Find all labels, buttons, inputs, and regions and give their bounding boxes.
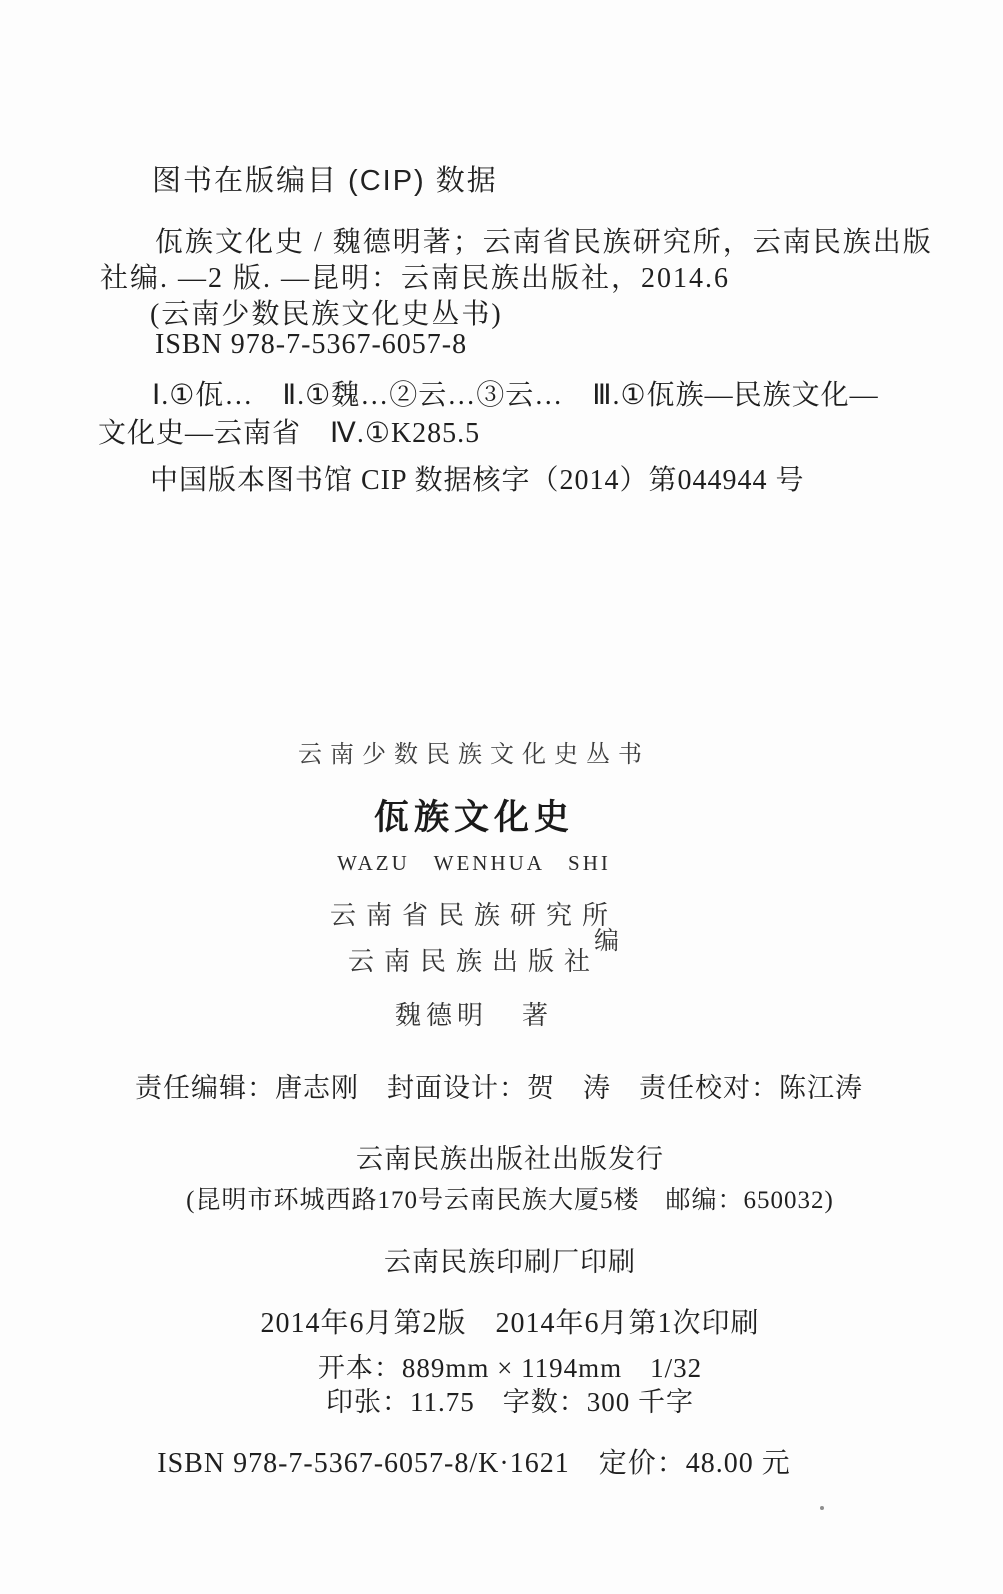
scan-speck bbox=[820, 1506, 824, 1510]
book-copyright-page: 图书在版编目 (CIP) 数据 佤族文化史 / 魏德明著；云南省民族研究所，云南… bbox=[0, 0, 1003, 1594]
printer-line: 云南民族印刷厂印刷 bbox=[17, 1240, 1003, 1279]
publisher-line: 云南民族出版社出版发行 bbox=[17, 1137, 1003, 1176]
sheets-wordcount-line: 印张：11.75 字数：300 千字 bbox=[17, 1380, 1003, 1419]
edition-line: 2014年6月第2版 2014年6月第1次印刷 bbox=[17, 1301, 1003, 1341]
publisher-address: (昆明市环城西路170号云南民族大厦5楼 邮编：650032) bbox=[17, 1180, 1003, 1216]
publishing-column: 云南民族出版社出版发行 (昆明市环城西路170号云南民族大厦5楼 邮编：6500… bbox=[17, 0, 1003, 1594]
